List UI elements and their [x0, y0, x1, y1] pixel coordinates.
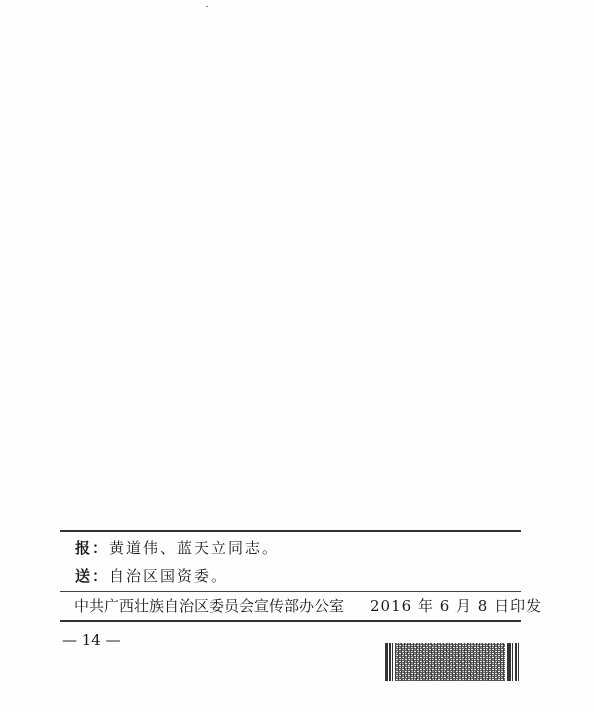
report-to-line: 报：黄道伟、蓝天立同志。 — [75, 539, 279, 557]
report-to-recipients: 黄道伟、蓝天立同志。 — [109, 539, 279, 557]
barcode-data-area — [395, 643, 505, 681]
middle-divider — [60, 591, 521, 592]
top-divider — [60, 530, 521, 532]
document-page: 报：黄道伟、蓝天立同志。 送：自治区国资委。 中共广西壮族自治区委员会宣传部办公… — [0, 0, 594, 712]
send-to-recipients: 自治区国资委。 — [109, 567, 228, 585]
print-date: 2016 年 6 月 8 日印发 — [370, 597, 542, 615]
pdf417-barcode — [385, 643, 519, 681]
report-to-label: 报： — [75, 539, 109, 557]
issuing-office: 中共广西壮族自治区委员会宣传部办公室 — [74, 597, 344, 615]
scan-speck — [206, 6, 208, 7]
page-number: — 14 — — [62, 631, 121, 649]
send-to-label: 送： — [75, 567, 109, 585]
send-to-line: 送：自治区国资委。 — [75, 567, 228, 585]
bottom-divider — [60, 620, 521, 622]
